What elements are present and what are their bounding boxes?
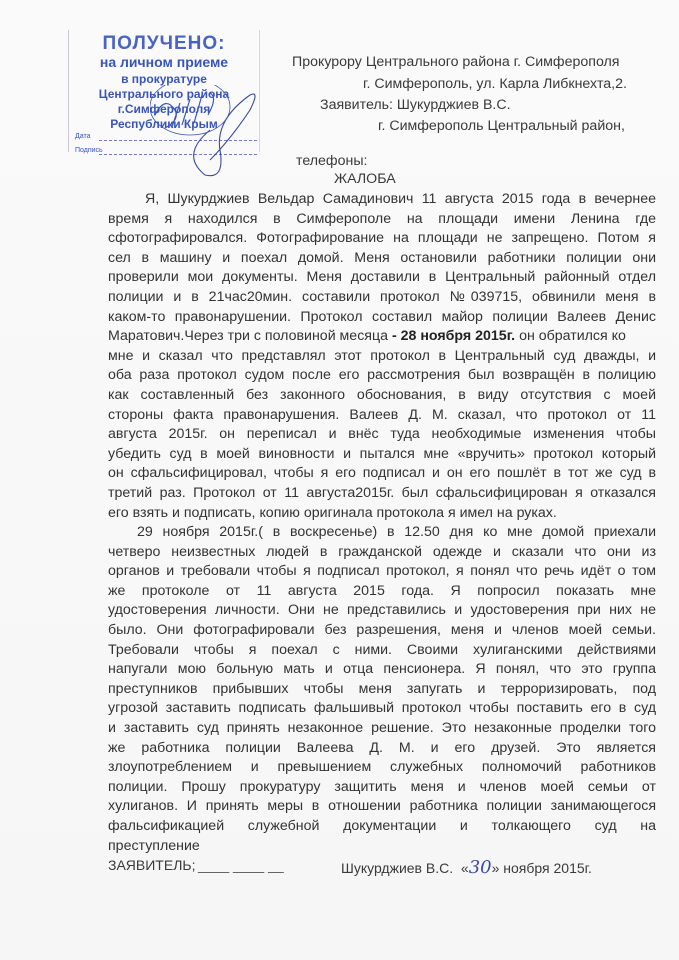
body-line: Требовали чтобы я поехал с ними. Своими …: [108, 641, 656, 661]
document-title: ЖАЛОБА: [334, 171, 396, 187]
stamp-signature-label: Подпись: [75, 147, 103, 154]
body-line: удостоверения личности. Они не представи…: [108, 601, 656, 621]
body-line: как составленный без законного обоснован…: [108, 386, 656, 406]
body-line: Я, Шукурджиев Вельдар Самадинович 11 авг…: [108, 190, 656, 210]
body-line: полиции. Прошу прокуратуру защитить меня…: [108, 778, 656, 798]
body-line: было. Они фотографировали без разрешения…: [108, 621, 656, 641]
body-line: напугали мою больную мать и отца пенсион…: [108, 660, 656, 680]
body-line: время я находился в Симферополе на площа…: [108, 210, 656, 230]
handwritten-day: 30: [469, 857, 492, 878]
body-line: преступление: [108, 837, 656, 857]
body-line: его взять и подписать, копию оригинала п…: [108, 504, 656, 524]
footer-applicant-label: ЗАЯВИТЕЛЬ;: [108, 857, 195, 873]
stamp-date-label: Дата: [75, 133, 91, 140]
document-page: ПОЛУЧЕНО: на личном приеме в прокуратуре…: [0, 0, 679, 960]
body-line: стороны факта правонарушения. Валеев Д. …: [108, 406, 656, 426]
applicant: Заявитель: Шукурджиев В.С.: [320, 97, 511, 113]
quote-open: «: [461, 860, 469, 876]
body-line: угрозой заставить подписать фальшивый пр…: [108, 699, 656, 719]
footer-signature-blank: ____ ____ __: [198, 857, 284, 873]
body-line: третий раз. Протокол от 11 августа2015г.…: [108, 484, 656, 504]
body-line: же протоколе от 11 августа 2015 года. Я …: [108, 582, 656, 602]
body-line: каком-то правонарушении. Протокол состав…: [108, 308, 656, 328]
addressee: Прокурору Центрального района г. Симферо…: [292, 54, 620, 70]
body-line-with-bold: Маратович.Через три с половиной месяца -…: [108, 327, 656, 347]
body-line: органов и требовали чтобы я подписал про…: [108, 562, 656, 582]
body-line: мне и сказал что представлял этот проток…: [108, 347, 656, 367]
applicant-address: г. Симферополь Центральный район,: [378, 118, 625, 134]
complaint-body: Я, Шукурджиев Вельдар Самадинович 11 авг…: [108, 190, 656, 856]
footer-name: Шукурджиев В.С. «30» ноября 2015г.: [341, 857, 592, 878]
body-line: августа 2015г. он переписал и внёс туда …: [108, 425, 656, 445]
body-line: преступников прибывших чтобы меня запуга…: [108, 680, 656, 700]
body-line: и заставить суд принять незаконное решен…: [108, 719, 656, 739]
body-line: сел в машину и поехал домой. Меня остано…: [108, 249, 656, 269]
stamp-line: в прокуратуре: [69, 72, 259, 86]
phones-label: телефоны:: [296, 153, 367, 169]
body-line: он сфальсифицировал, чтобы я его подписа…: [108, 464, 656, 484]
footer-date: » ноября 2015г.: [492, 860, 592, 876]
body-line: фальсификацией служебной документации и …: [108, 817, 656, 837]
body-line: злоупотреблением и превышением служебных…: [108, 758, 656, 778]
body-line: проверили мои документы. Меня доставили …: [108, 268, 656, 288]
handwritten-signature-icon: [150, 85, 260, 180]
body-line: же работника полиции Валеева Д. М. и его…: [108, 739, 656, 759]
body-line: 29 ноября 2015г.( в воскресенье) в 12.50…: [108, 523, 656, 543]
body-line: хулиганов. И принять меры в отношении ра…: [108, 797, 656, 817]
body-line: Маратович.Через три с половиной месяца: [108, 328, 388, 344]
body-line-tail: он обратился ко: [515, 328, 626, 344]
body-line: полиции и в 21час20мин. составили проток…: [108, 288, 656, 308]
addressee-address: г. Симферополь, ул. Карла Либкнехта,2.: [363, 76, 627, 92]
stamp-line: ПОЛУЧЕНО:: [69, 33, 259, 55]
body-line: четверо неизвестных людей в гражданской …: [108, 543, 656, 563]
body-line: оба раза протокол судом после его рассмо…: [108, 366, 656, 386]
highlighted-date: - 28 ноября 2015г.: [392, 328, 515, 344]
footer-applicant-name: Шукурджиев В.С.: [341, 860, 453, 876]
stamp-line: на личном приеме: [69, 54, 259, 70]
body-line: убедить суд в моей виновности и пытался …: [108, 445, 656, 465]
body-line: сфотографировался. Фотографирование на п…: [108, 229, 656, 249]
